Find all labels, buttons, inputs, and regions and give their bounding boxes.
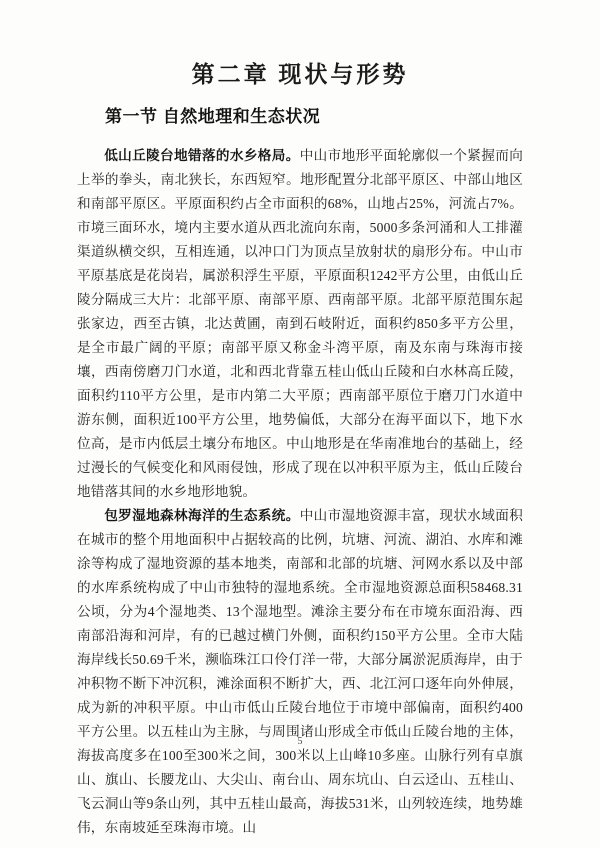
paragraph-lead: 包罗湿地森林海洋的生态系统。 (104, 508, 300, 523)
section-heading: 第一节 自然地理和生态状况 (105, 105, 523, 129)
document-page: 第二章 现状与形势 第一节 自然地理和生态状况 低山丘陵台地错落的水乡格局。中山… (0, 0, 600, 848)
paragraph-body: 中山市地形平面轮廓似一个紧握而向上举的拳头，南北狭长，东西短窄。地形配置分北部平… (77, 148, 523, 499)
paragraph-lead: 低山丘陵台地错落的水乡格局。 (104, 148, 300, 163)
page-number: 5 (0, 736, 600, 747)
paragraph-ecosystem: 包罗湿地森林海洋的生态系统。中山市湿地资源丰富，现状水域面积在城市的整个用地面积… (77, 504, 523, 840)
paragraph-body: 中山市湿地资源丰富，现状水域面积在城市的整个用地面积中占据较高的比例，坑塘、河流… (77, 508, 523, 835)
page-content: 第二章 现状与形势 第一节 自然地理和生态状况 低山丘陵台地错落的水乡格局。中山… (0, 0, 600, 840)
chapter-title: 第二章 现状与形势 (77, 58, 523, 92)
paragraph-geography: 低山丘陵台地错落的水乡格局。中山市地形平面轮廓似一个紧握而向上举的拳头，南北狭长… (77, 144, 523, 504)
